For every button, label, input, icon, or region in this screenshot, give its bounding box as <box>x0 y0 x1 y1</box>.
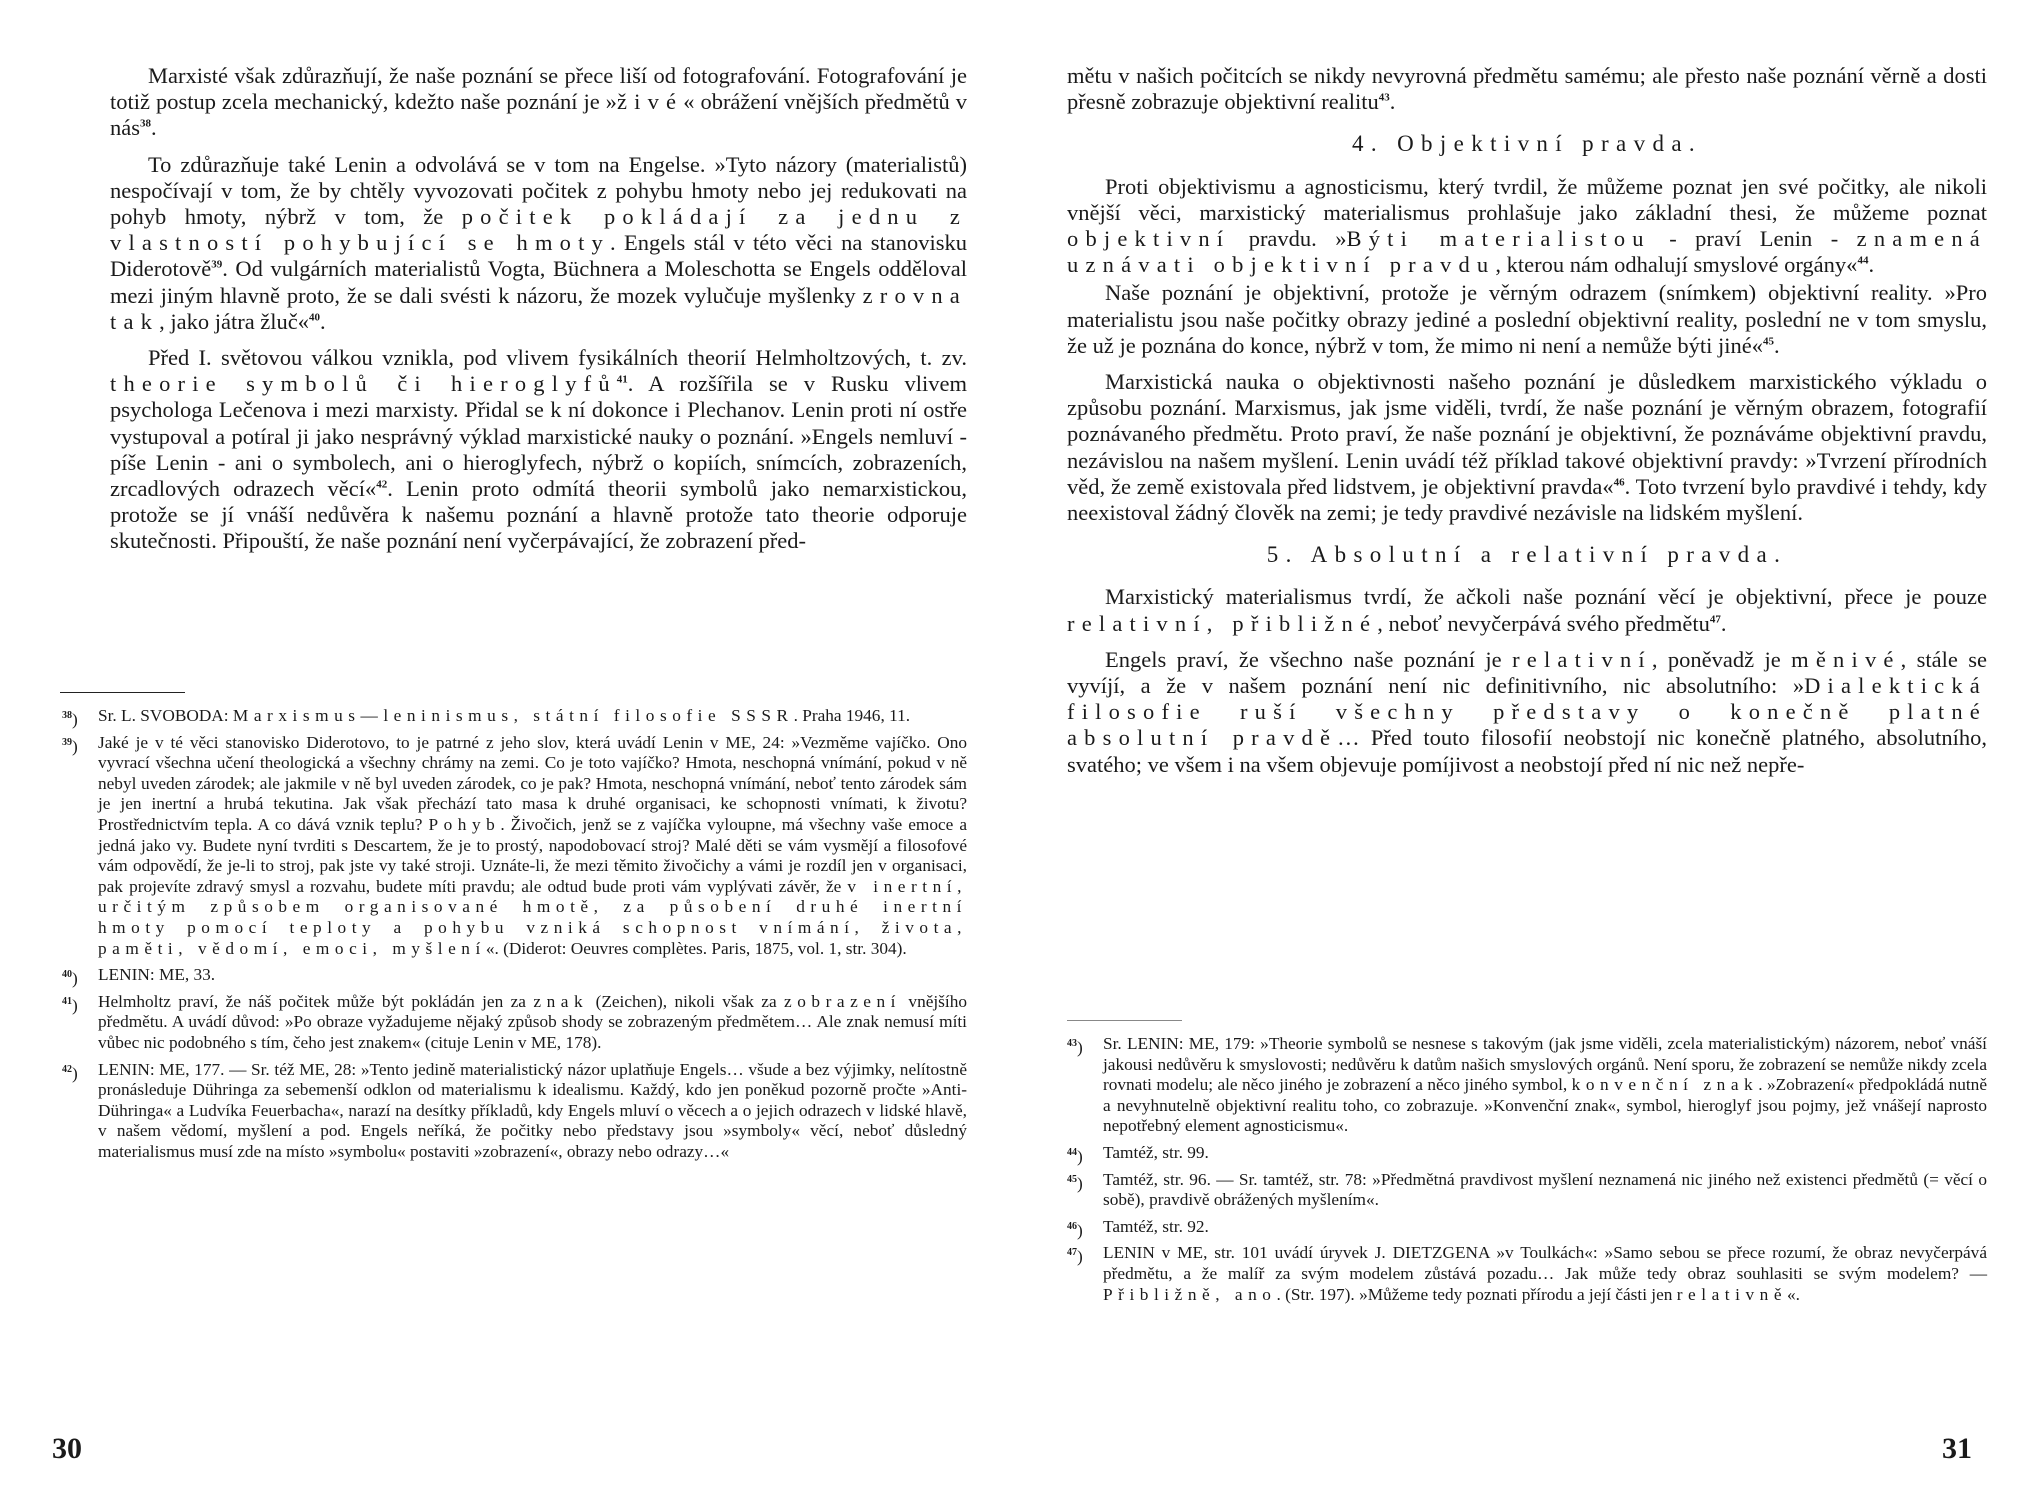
text-run: Tamtéž, str. 92. <box>1103 1217 1209 1236</box>
text-run: Před I. světovou válkou vznikla, pod vli… <box>148 345 967 370</box>
text-run: «. (Diderot: Oeuvres complètes. Paris, 1… <box>486 939 907 958</box>
text-run: LENIN v ME, str. 101 uvádí úryvek J. DIE… <box>1103 1243 1987 1283</box>
left-body-text: Marxisté však zdůrazňují, že naše poznán… <box>110 63 967 565</box>
footnote-number: 43 <box>1067 1038 1077 1049</box>
text-run: . <box>1390 89 1396 114</box>
paragraph: To zdůrazňuje také Lenin a odvolává se v… <box>110 152 967 335</box>
footnote-44: 44) Tamtéž, str. 99. <box>1067 1143 1987 1164</box>
spaced-emphasis: měnivé <box>1791 647 1900 672</box>
footnote-number: 44 <box>1067 1147 1077 1158</box>
footnote-mark: 40) <box>62 965 96 989</box>
spaced-emphasis: zobrazení <box>784 992 901 1011</box>
paragraph: Proti objektivismu a agnosticismu, který… <box>1067 174 1987 279</box>
text-run: Sr. L. SVOBODA: <box>98 706 233 725</box>
paragraph: Marxistický materialismus tvrdí, že ačko… <box>1067 584 1987 636</box>
page-number: 30 <box>52 1432 82 1466</box>
footnote-ref-39[interactable]: 39 <box>211 259 222 271</box>
footnote-ref-44[interactable]: 44 <box>1857 255 1868 267</box>
footnote-divider <box>60 692 185 693</box>
footnote-43: 43) Sr. LENIN: ME, 179: »Theorie symbolů… <box>1067 1034 1987 1137</box>
text-run: - praví Lenin - <box>1651 226 1857 251</box>
footnote-mark: 47) <box>1067 1243 1101 1267</box>
spaced-emphasis: konvenční znak <box>1572 1075 1759 1094</box>
text-run: Helmholtz praví, že náš počitek může být… <box>98 992 533 1011</box>
footnote-number: 45 <box>1067 1174 1077 1185</box>
spaced-emphasis: Býti materialistou <box>1346 226 1650 251</box>
paragraph: Engels praví, že všechno naše poznání je… <box>1067 647 1987 778</box>
footnote-40: 40) LENIN: ME, 33. <box>62 965 967 986</box>
footnote-mark: 42) <box>62 1060 96 1084</box>
text-run: Tamtéž, str. 99. <box>1103 1143 1209 1162</box>
text-run: , poněvadž je <box>1652 647 1791 672</box>
footnote-number: 46 <box>1067 1221 1077 1232</box>
text-run: Marxistický materialismus tvrdí, že ačko… <box>1105 584 1987 609</box>
spaced-emphasis: relativně <box>1677 1285 1787 1304</box>
spaced-emphasis: Marxismus—leninismus, státní filosofie S… <box>233 706 794 725</box>
text-run: , kterou nám odhalují smyslové orgány« <box>1495 252 1857 277</box>
footnote-mark: 41) <box>62 992 96 1016</box>
page-number: 31 <box>1942 1432 1972 1466</box>
section-heading-4: 4. Objektivní pravda. <box>1067 131 1987 157</box>
paragraph: Před I. světovou válkou vznikla, pod vli… <box>110 345 967 555</box>
text-run: Proti objektivismu a agnosticismu, který… <box>1067 174 1987 225</box>
paragraph: Marxisté však zdůrazňují, že naše poznán… <box>110 63 967 142</box>
text-run: Tamtéž, str. 96. — Sr. tamtéž, str. 78: … <box>1103 1170 1987 1210</box>
spaced-emphasis: theorie symbolů či hieroglyfů <box>110 371 617 396</box>
spaced-emphasis: znak <box>533 992 588 1011</box>
footnote-ref-46[interactable]: 46 <box>1614 476 1625 488</box>
footnote-divider <box>1067 1020 1182 1021</box>
text-run: LENIN: ME, 33. <box>98 965 215 984</box>
paragraph: mětu v našich počitcích se nikdy nevyrov… <box>1067 63 1987 115</box>
text-run: Naše poznání je objektivní, protože je v… <box>1067 280 1987 357</box>
text-run: . <box>1774 333 1780 358</box>
footnote-38: 38) Sr. L. SVOBODA: Marxismus—leninismus… <box>62 706 967 727</box>
spaced-emphasis: Přibližně, ano <box>1103 1285 1277 1304</box>
footnote-ref-41[interactable]: 41 <box>617 374 628 386</box>
text-run: . <box>320 309 326 334</box>
footnote-number: 42 <box>62 1064 72 1075</box>
text-run: . Od vulgárních materialistů Vogta, Büch… <box>110 256 967 307</box>
footnote-ref-47[interactable]: 47 <box>1710 613 1721 625</box>
page-30: Marxisté však zdůrazňují, že naše poznán… <box>0 0 1012 1500</box>
footnote-mark: 43) <box>1067 1034 1101 1058</box>
text-run: . <box>1868 252 1874 277</box>
spaced-emphasis: živé <box>617 89 683 114</box>
footnote-number: 47 <box>1067 1247 1077 1258</box>
page-31: mětu v našich počitcích se nikdy nevyrov… <box>1012 0 2024 1500</box>
text-run: . (Str. 197). »Můžeme tedy poznati příro… <box>1277 1285 1677 1304</box>
text-run: , jako játra žluč« <box>159 309 309 334</box>
section-heading-5: 5. Absolutní a relativní pravda. <box>1067 542 1987 568</box>
footnote-mark: 45) <box>1067 1170 1101 1194</box>
spaced-emphasis: objektivní <box>1067 226 1230 251</box>
footnote-47: 47) LENIN v ME, str. 101 uvádí úryvek J.… <box>1067 1243 1987 1305</box>
footnote-ref-38[interactable]: 38 <box>140 118 151 130</box>
text-run: . <box>1721 611 1727 636</box>
text-run: (Zeichen), nikoli však za <box>588 992 784 1011</box>
footnote-ref-42[interactable]: 42 <box>376 479 387 491</box>
footnote-46: 46) Tamtéž, str. 92. <box>1067 1217 1987 1238</box>
spaced-emphasis: Pohyb <box>428 815 500 834</box>
footnote-mark: 39) <box>62 733 96 757</box>
text-run: , neboť nevyčerpává svého předmětu <box>1377 611 1710 636</box>
footnote-number: 38 <box>62 710 72 721</box>
footnote-39: 39) Jaké je v té věci stanovisko Diderot… <box>62 733 967 960</box>
footnote-mark: 46) <box>1067 1217 1101 1241</box>
right-footnotes: 43) Sr. LENIN: ME, 179: »Theorie symbolů… <box>1067 1034 1987 1311</box>
footnote-number: 41 <box>62 996 72 1007</box>
left-footnotes: 38) Sr. L. SVOBODA: Marxismus—leninismus… <box>62 706 967 1168</box>
footnote-ref-43[interactable]: 43 <box>1379 92 1390 104</box>
right-body-text: mětu v našich počitcích se nikdy nevyrov… <box>1067 63 1987 788</box>
text-run: . Praha 1946, 11. <box>794 706 910 725</box>
footnote-mark: 44) <box>1067 1143 1101 1167</box>
footnote-42: 42) LENIN: ME, 177. — Sr. též ME, 28: »T… <box>62 1060 967 1163</box>
footnote-mark: 38) <box>62 706 96 730</box>
footnote-number: 40 <box>62 969 72 980</box>
text-run: «. <box>1787 1285 1800 1304</box>
text-run: . <box>151 115 157 140</box>
text-run: Engels praví, že všechno naše poznání je <box>1105 647 1512 672</box>
footnote-ref-45[interactable]: 45 <box>1763 335 1774 347</box>
text-run: mětu v našich počitcích se nikdy nevyrov… <box>1067 63 1987 114</box>
text-run: LENIN: ME, 177. — Sr. též ME, 28: »Tento… <box>98 1060 967 1161</box>
text-run: pravdu. » <box>1230 226 1346 251</box>
footnote-41: 41) Helmholtz praví, že náš počitek může… <box>62 992 967 1054</box>
paragraph: Naše poznání je objektivní, protože je v… <box>1067 280 1987 359</box>
footnote-ref-40[interactable]: 40 <box>309 311 320 323</box>
footnote-number: 39 <box>62 737 72 748</box>
paragraph: Marxistická nauka o objektivnosti našeho… <box>1067 369 1987 526</box>
spaced-emphasis: relativní <box>1512 647 1652 672</box>
spaced-emphasis: relativní, přibližné <box>1067 611 1377 636</box>
footnote-45: 45) Tamtéž, str. 96. — Sr. tamtéž, str. … <box>1067 1170 1987 1211</box>
